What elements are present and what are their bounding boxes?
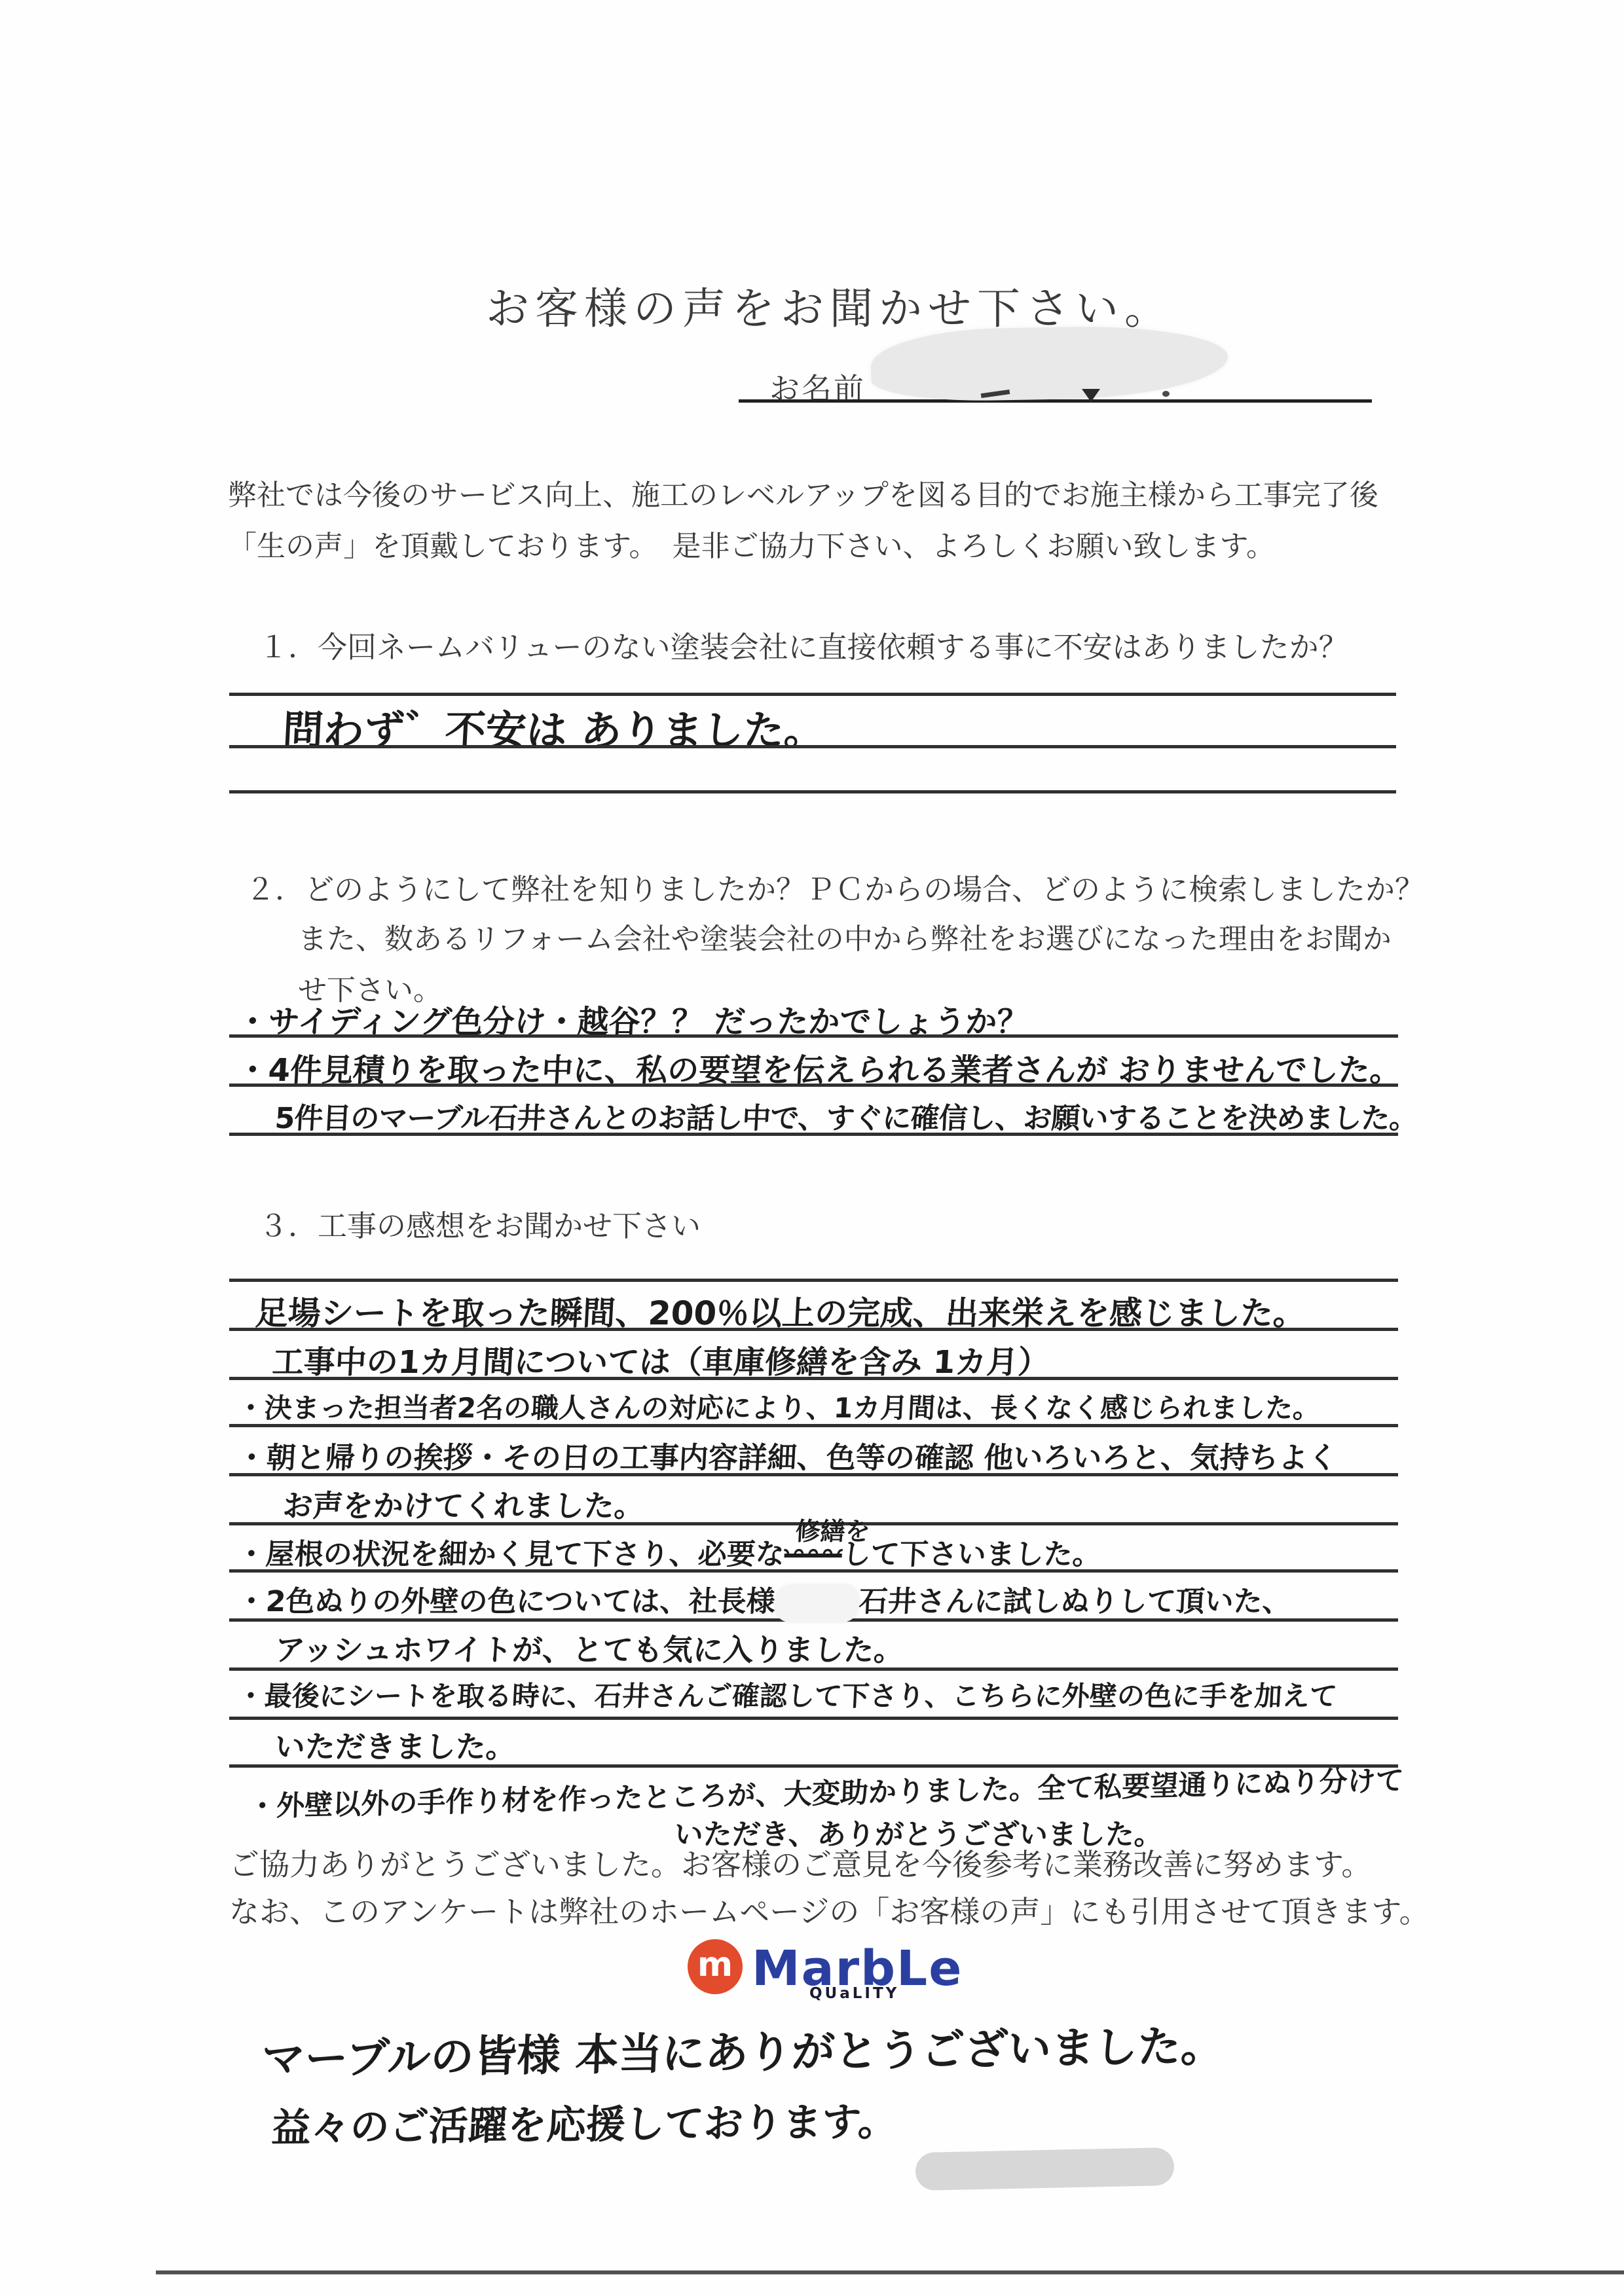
q3-answer-line-6: ・屋根の状況を細かく見て下さり、必要な〰〰して下さいました。 [236, 1531, 1102, 1573]
name-underline [739, 399, 1372, 403]
q3-answer-line-7: ・2色ぬりの外壁の色については、社長様石井さんに試しぬりして頂いた、 [236, 1578, 1292, 1622]
scanned-survey-page: お客様の声をお聞かせ下さい。 お名前 弊社では今後のサービス向上、施工のレベルア… [0, 0, 1624, 2296]
q3-line6-prefix: ・屋根の状況を細かく見て下さり、必要な [236, 1538, 785, 1571]
q3-answer-line-5: お声をかけてくれました。 [282, 1482, 645, 1525]
q3-line6-insertion-text: 修繕を [795, 1511, 872, 1547]
q3-line6-suffix: して下さいました。 [841, 1538, 1102, 1571]
marble-logo-tagline: QUaLITY [809, 1985, 899, 2002]
q2-rule-3 [229, 1133, 1398, 1136]
q1-rule-3 [229, 790, 1396, 793]
q3-line7-suffix: 石井さんに試しぬりして頂いた、 [858, 1585, 1292, 1618]
q1-rule-2 [229, 745, 1396, 748]
name-redaction-blob [870, 324, 1228, 402]
q2-rule-2 [229, 1084, 1398, 1087]
q3-answer-line-8: アッシュホワイトが、とても気に入りました。 [274, 1626, 905, 1669]
q3-line7-prefix: ・2色ぬりの外壁の色については、社長様 [236, 1585, 776, 1618]
logo-m-letter: m [697, 1948, 733, 1982]
q3-rule-top [229, 1279, 1398, 1282]
q3-answer-line-4: ・朝と帰りの挨拶・その日の工事内容詳細、色等の確認 他いろいろと、気持ちよく [236, 1434, 1338, 1476]
q2-question-line-2: また、数あるリフォーム会社や塗装会社の中から弊社をお選びになった理由をお聞か [298, 915, 1392, 957]
marble-logo-mark: m [688, 1939, 743, 1994]
q2-rule-1 [229, 1034, 1398, 1038]
q3-answer-line-1: 足場シートを取った瞬間、200％以上の完成、出来栄えを感じました。 [254, 1287, 1307, 1334]
q1-rule-1 [229, 693, 1396, 696]
name-triangle-mark [1082, 389, 1100, 402]
name-dot-mark [1162, 391, 1170, 397]
q3-rule-10 [229, 1717, 1398, 1720]
q3-answer-line-10: いただきました。 [274, 1723, 517, 1766]
q1-question: １．今回ネームバリューのない塗装会社に直接依頼する事に不安はありましたか？ [259, 623, 1348, 666]
q3-question: ３．工事の感想をお聞かせ下さい [259, 1202, 701, 1245]
q3-answer-line-9: ・最後にシートを取る時に、石井さんご確認して下さり、こちらに外壁の色に手を加えて [236, 1675, 1338, 1714]
q3-answer-line-2: 工事中の1カ月間については（車庫修繕を含み 1カ月） [271, 1337, 1050, 1382]
closing-line-2: 益々のご活躍を応援しております。 [270, 2090, 898, 2153]
closing-line-1: マーブルの皆様 本当にありがとうございました。 [261, 2011, 1226, 2087]
bottom-redaction-blob [915, 2147, 1174, 2191]
intro-line-1: 弊社では今後のサービス向上、施工のレベルアップを図る目的でお施主様から工事完了後 [228, 471, 1378, 513]
q2-answer-3: 5件目のマーブル石井さんとのお話し中で、すぐに確信し、お願いすることを決めました… [274, 1095, 1418, 1137]
intro-line-2: 「生の声」を頂戴しております。 是非ご協力下さい、よろしくお願い致します。 [228, 522, 1275, 564]
q2-question-line-1: ２．どのようにして弊社を知りましたか？ＰＣからの場合、どのように検索しましたか？ [246, 866, 1424, 908]
footer-note-2: なお、このアンケートは弊社のホームページの「お客様の声」にも引用させて頂きます。 [229, 1888, 1430, 1931]
footer-note-1: ご協力ありがとうございました。お客様のご意見を今後参考に業務改善に努めます。 [229, 1841, 1371, 1884]
scan-edge-line [156, 2270, 1624, 2274]
q3-line7-redaction-smudge [774, 1584, 860, 1622]
q3-answer-line-3: ・決まった担当者2名の職人さんの対応により、1カ月間は、長くなく感じられました。 [236, 1387, 1321, 1426]
